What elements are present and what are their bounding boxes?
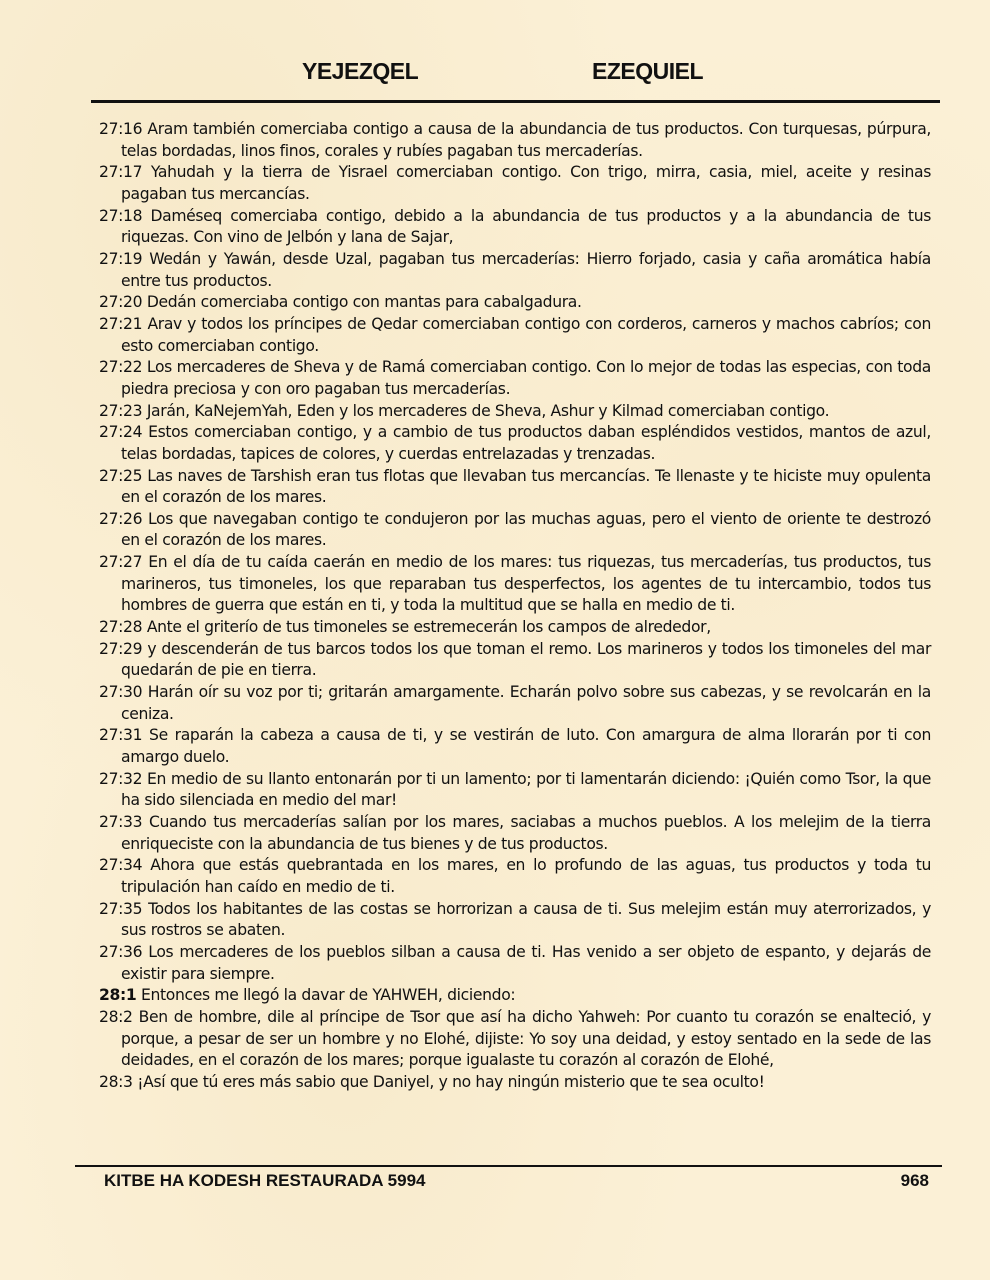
verse: 27:36 Los mercaderes de los pueblos silb…	[99, 942, 931, 985]
verse-ref: 27:31	[99, 726, 142, 744]
verse-text: En el día de tu caída caerán en medio de…	[121, 553, 931, 614]
verse-text: Yahudah y la tierra de Yisrael comerciab…	[121, 163, 931, 203]
header-divider	[91, 100, 940, 103]
verse-ref: 27:22	[99, 358, 142, 376]
verse-ref: 27:20	[99, 293, 142, 311]
verse-text: Aram también comerciaba contigo a causa …	[121, 120, 931, 160]
verse-ref: 28:3	[99, 1073, 133, 1091]
verse-ref: 27:29	[99, 640, 142, 658]
verse-ref: 27:17	[99, 163, 142, 181]
verse-text: Los mercaderes de los pueblos silban a c…	[121, 943, 931, 983]
verse-ref: 27:32	[99, 770, 142, 788]
verse-text: Entonces me llegó la davar de YAHWEH, di…	[141, 986, 515, 1004]
page-header: YEJEZQEL EZEQUIEL	[0, 58, 990, 90]
verse: 27:17 Yahudah y la tierra de Yisrael com…	[99, 162, 931, 205]
verse-text: Daméseq comerciaba contigo, debido a la …	[121, 207, 931, 247]
verse-text: Wedán y Yawán, desde Uzal, pagaban tus m…	[121, 250, 931, 290]
verse-ref: 27:33	[99, 813, 142, 831]
verse-text: ¡Así que tú eres más sabio que Daniyel, …	[137, 1073, 764, 1091]
verse-text: Jarán, KaNejemYah, Eden y los mercaderes…	[147, 402, 829, 420]
verse: 27:26 Los que navegaban contigo te condu…	[99, 509, 931, 552]
verse-ref: 27:21	[99, 315, 142, 333]
verse: 27:33 Cuando tus mercaderías salían por …	[99, 812, 931, 855]
verse: 27:29 y descenderán de tus barcos todos …	[99, 639, 931, 682]
verse: 27:18 Daméseq comerciaba contigo, debido…	[99, 206, 931, 249]
verse: 27:19 Wedán y Yawán, desde Uzal, pagaban…	[99, 249, 931, 292]
verse-ref: 27:36	[99, 943, 142, 961]
verse-ref: 27:28	[99, 618, 142, 636]
verse-text: Estos comerciaban contigo, y a cambio de…	[121, 423, 931, 463]
verse-ref: 27:35	[99, 900, 142, 918]
verse-text: Harán oír su voz por ti; gritarán amarga…	[121, 683, 931, 723]
verse: 27:34 Ahora que estás quebrantada en los…	[99, 855, 931, 898]
verse: 27:25 Las naves de Tarshish eran tus flo…	[99, 466, 931, 509]
verse-ref: 27:23	[99, 402, 142, 420]
verse: 27:35 Todos los habitantes de las costas…	[99, 899, 931, 942]
verse-text: Cuando tus mercaderías salían por los ma…	[121, 813, 931, 853]
verse-ref: 27:30	[99, 683, 142, 701]
verse-text: Las naves de Tarshish eran tus flotas qu…	[121, 467, 931, 507]
verse: 28:2 Ben de hombre, dile al príncipe de …	[99, 1007, 931, 1072]
verse-text: En medio de su llanto entonarán por ti u…	[121, 770, 931, 810]
verse: 27:20 Dedán comerciaba contigo con manta…	[99, 292, 931, 314]
verse-text: Los que navegaban contigo te condujeron …	[121, 510, 931, 550]
verse-list: 27:16 Aram también comerciaba contigo a …	[99, 119, 931, 1094]
verse-text: y descenderán de tus barcos todos los qu…	[121, 640, 931, 680]
verse-ref: 27:27	[99, 553, 142, 571]
verse-ref: 27:16	[99, 120, 142, 138]
verse-text: Se raparán la cabeza a causa de ti, y se…	[121, 726, 931, 766]
footer-book-title: KITBE HA KODESH RESTAURADA 5994	[104, 1171, 425, 1191]
verse-ref: 27:26	[99, 510, 142, 528]
verse: 27:30 Harán oír su voz por ti; gritarán …	[99, 682, 931, 725]
verse-text: Los mercaderes de Sheva y de Ramá comerc…	[121, 358, 931, 398]
verse-ref: 28:1	[99, 986, 136, 1004]
verse: 28:3 ¡Así que tú eres más sabio que Dani…	[99, 1072, 931, 1094]
verse: 27:22 Los mercaderes de Sheva y de Ramá …	[99, 357, 931, 400]
verse: 27:32 En medio de su llanto entonarán po…	[99, 769, 931, 812]
verse-text: Todos los habitantes de las costas se ho…	[121, 900, 931, 940]
verse-text: Ahora que estás quebrantada en los mares…	[121, 856, 931, 896]
verse-ref: 27:25	[99, 467, 142, 485]
footer-divider	[75, 1165, 942, 1167]
chapter-start-verse: 28:1 Entonces me llegó la davar de YAHWE…	[99, 985, 931, 1007]
verse: 27:27 En el día de tu caída caerán en me…	[99, 552, 931, 617]
verse-ref: 27:19	[99, 250, 142, 268]
header-hebrew-book-name: YEJEZQEL	[302, 58, 418, 85]
header-spanish-book-name: EZEQUIEL	[592, 58, 703, 85]
verse-ref: 28:2	[99, 1008, 133, 1026]
verse-ref: 27:18	[99, 207, 142, 225]
verse: 27:31 Se raparán la cabeza a causa de ti…	[99, 725, 931, 768]
verse-text: Ben de hombre, dile al príncipe de Tsor …	[121, 1008, 931, 1069]
verse: 27:21 Arav y todos los príncipes de Qeda…	[99, 314, 931, 357]
verse: 27:28 Ante el griterío de tus timoneles …	[99, 617, 931, 639]
verse: 27:23 Jarán, KaNejemYah, Eden y los merc…	[99, 401, 931, 423]
page-number: 968	[901, 1171, 929, 1191]
verse-ref: 27:34	[99, 856, 142, 874]
verse: 27:16 Aram también comerciaba contigo a …	[99, 119, 931, 162]
verse-text: Dedán comerciaba contigo con mantas para…	[147, 293, 582, 311]
verse-text: Arav y todos los príncipes de Qedar come…	[121, 315, 931, 355]
verse: 27:24 Estos comerciaban contigo, y a cam…	[99, 422, 931, 465]
verse-ref: 27:24	[99, 423, 142, 441]
verse-text: Ante el griterío de tus timoneles se est…	[147, 618, 711, 636]
